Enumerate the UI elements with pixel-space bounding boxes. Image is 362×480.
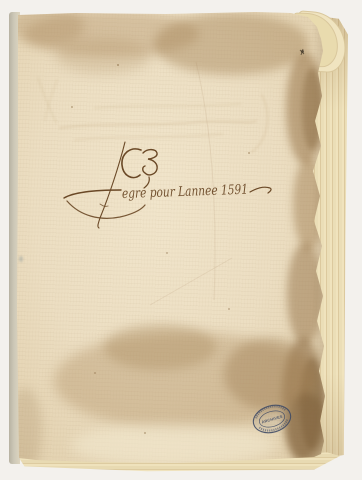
- speck-2: [71, 106, 73, 108]
- speck-4: [166, 252, 168, 254]
- highlight-bottom-strip: [71, 424, 276, 466]
- stain-top-corner: [10, 6, 84, 46]
- speck-dark-corner: [301, 50, 304, 53]
- stain-top-middle: [56, 38, 151, 74]
- speck-5: [228, 308, 230, 310]
- speck-7: [144, 432, 146, 434]
- stain-bottom-left: [104, 324, 216, 370]
- manuscript-page: [16, 10, 328, 464]
- manuscript-scan: egre pour Lannee 1591 ARCHIVES: [0, 0, 362, 480]
- speck-3: [248, 152, 250, 154]
- speck-6: [94, 372, 96, 374]
- stain-top-right: [154, 13, 309, 75]
- speck-1: [117, 64, 119, 66]
- speck-blue: [19, 256, 23, 262]
